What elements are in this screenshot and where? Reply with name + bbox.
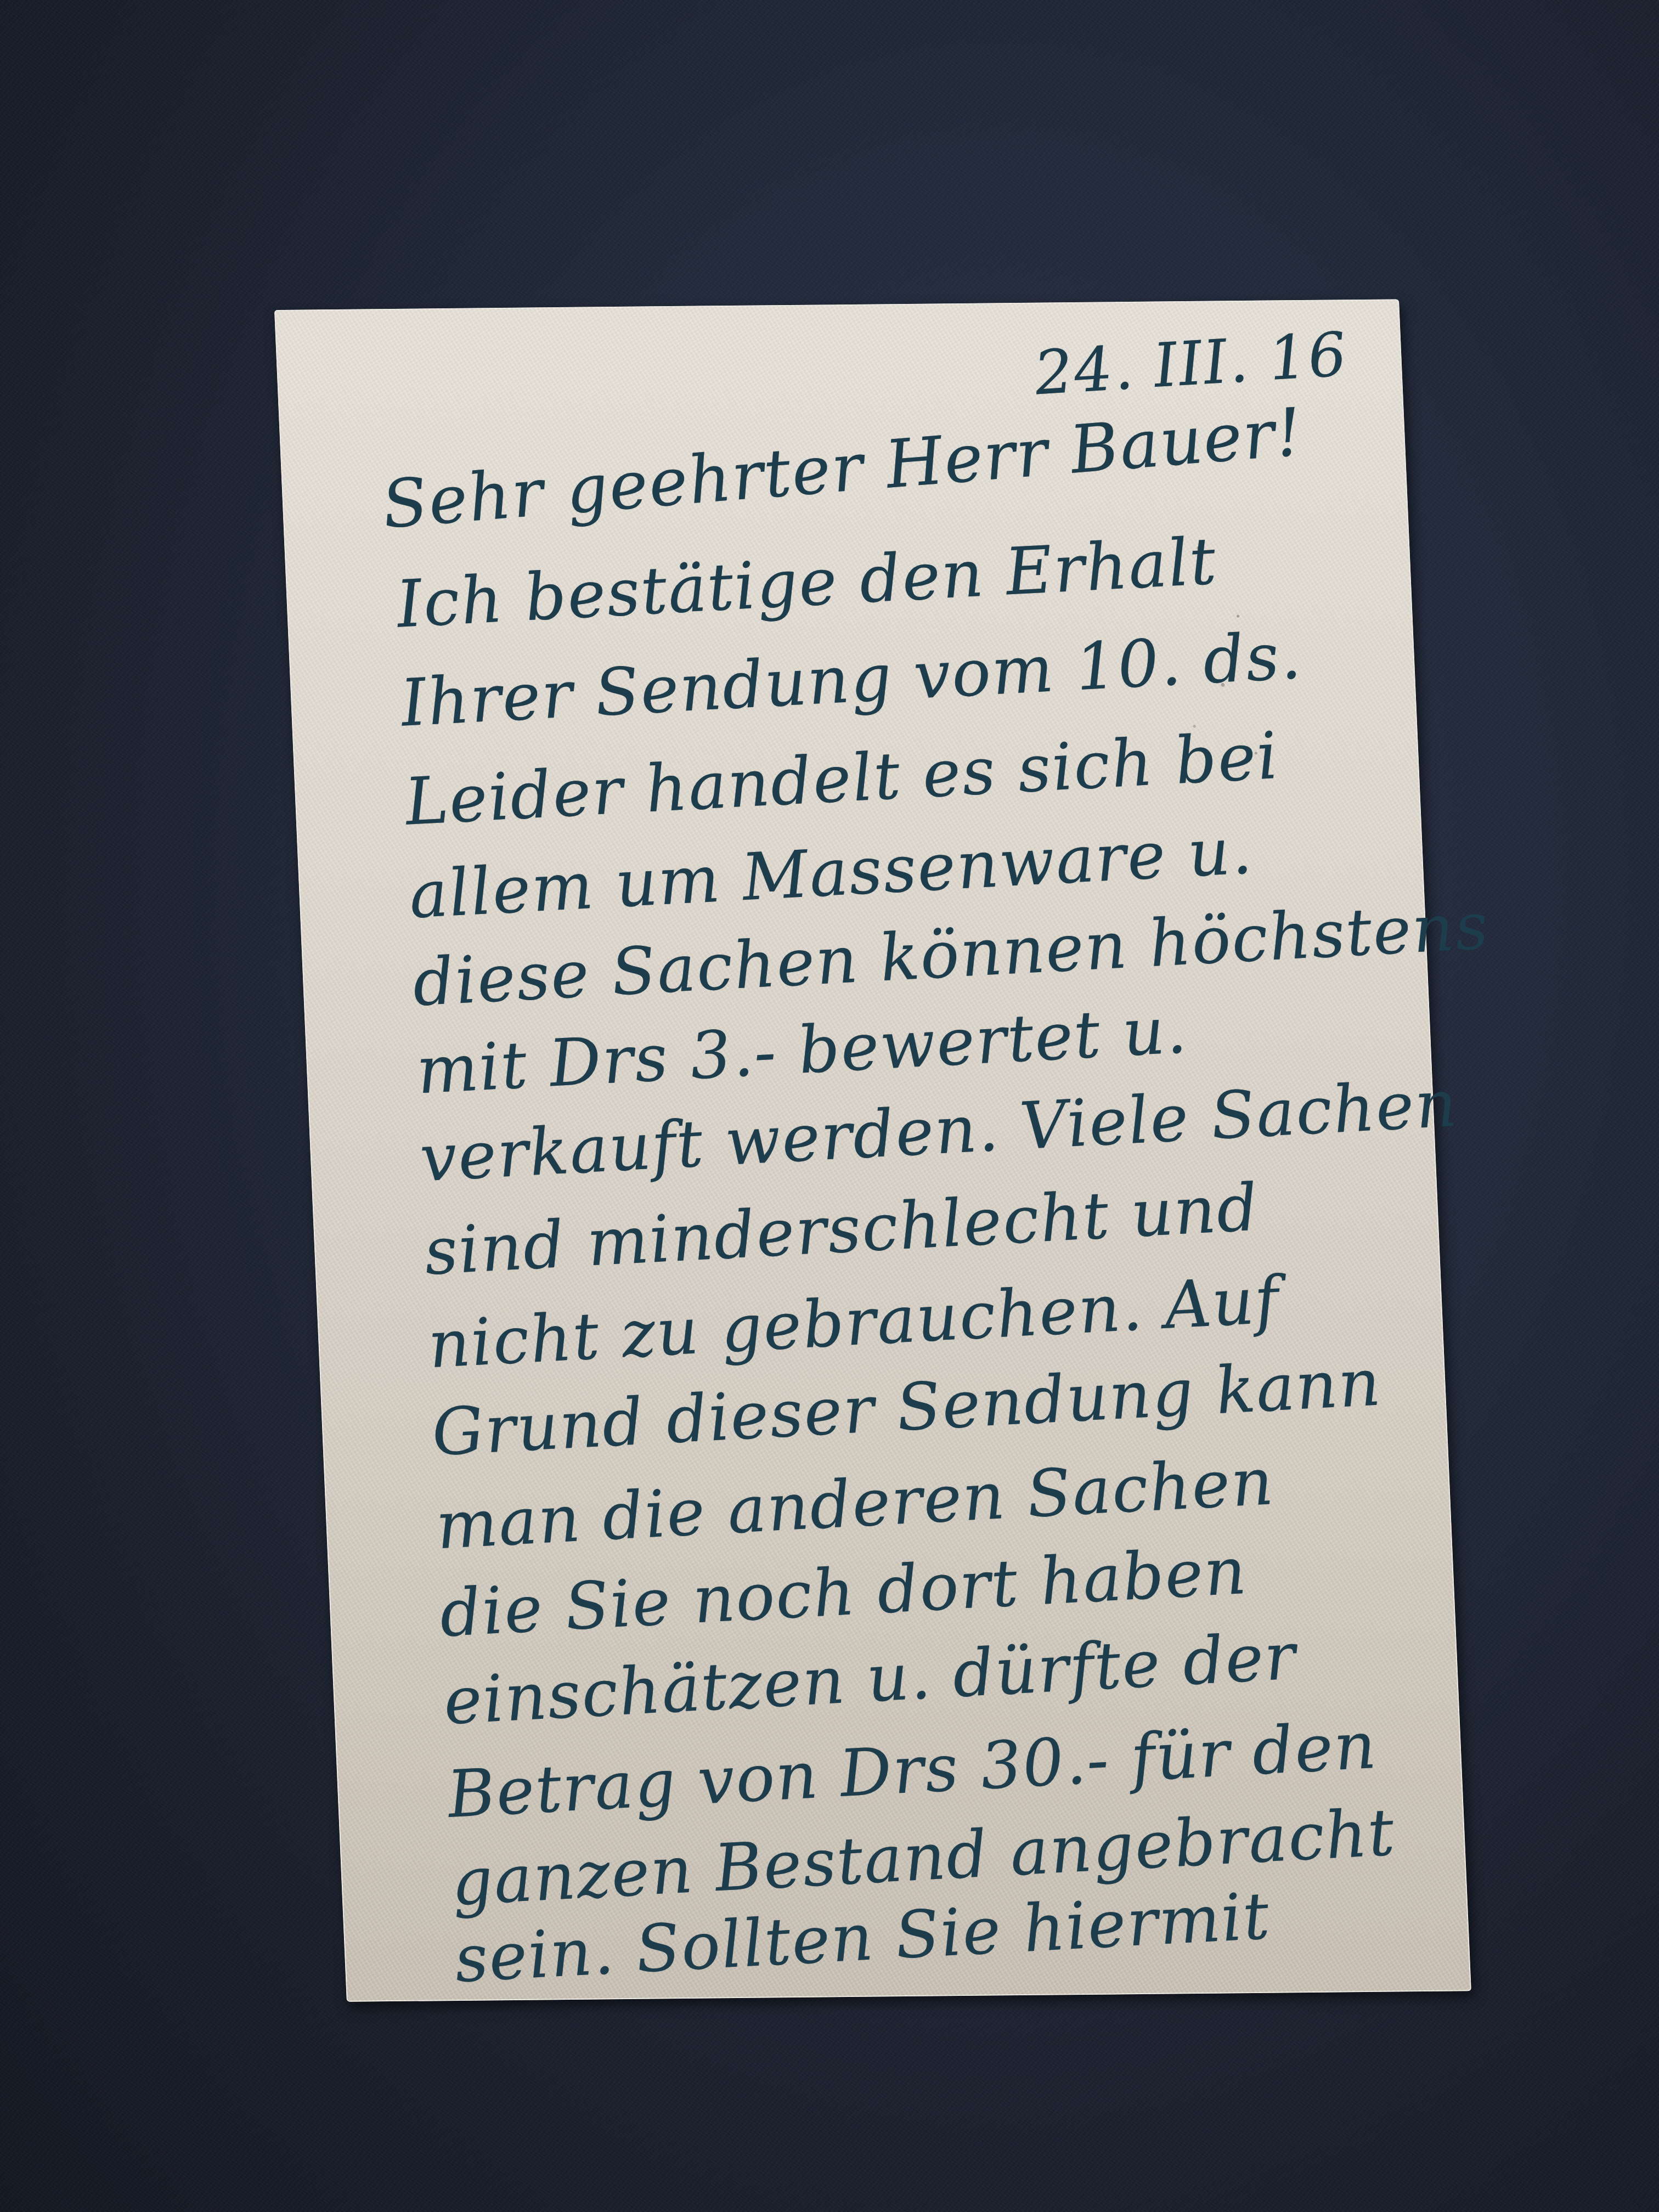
letter-date: 24. III. 16 — [1031, 319, 1351, 408]
letter-line: Ich bestätige den Erhalt — [393, 523, 1220, 642]
letter-line: Ihrer Sendung vom 10. ds. — [398, 617, 1305, 741]
postcard: 24. III. 16 Sehr geehrter Herr Bauer! Ic… — [274, 299, 1471, 2002]
